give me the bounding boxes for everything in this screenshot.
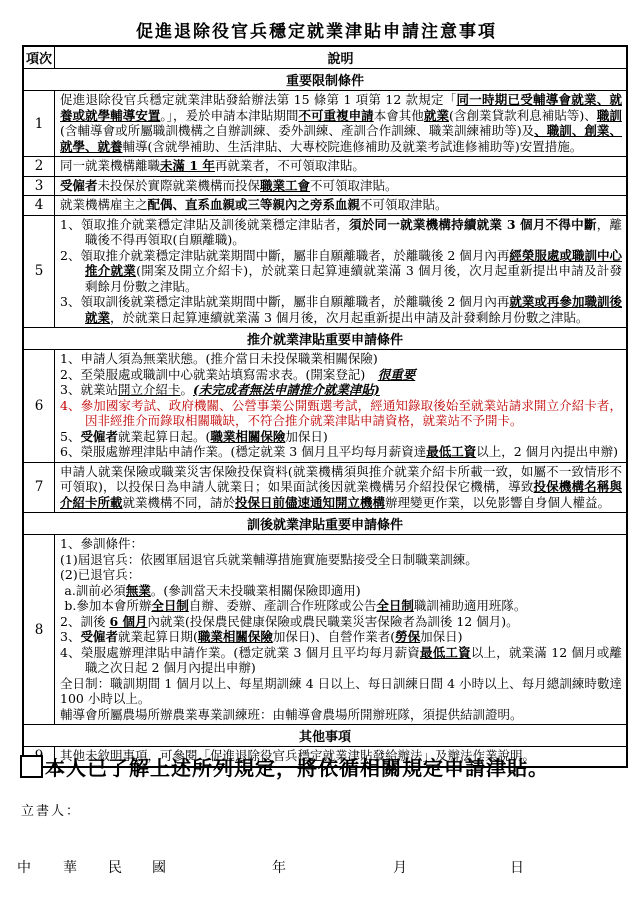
description-block: 受僱者未投保於實際就業機構而投保職業工會不可領取津貼。 [60, 178, 622, 194]
row-description: 就業機構雇主之配偶、直系血親或三等親內之旁系血親不可領取津貼。 [55, 196, 628, 216]
section-row: 其他事項 [23, 725, 627, 747]
description-block: 同一就業機構離職未滿 1 年再就業者，不可領取津貼。 [60, 158, 622, 174]
row-description: 促進退除役官兵穩定就業津貼發給辦法第 15 條第 1 項第 12 款規定「同一時… [55, 91, 628, 157]
day-label: 日 [510, 857, 524, 877]
signer-label: 立書人： [21, 800, 81, 819]
month-label: 月 [393, 857, 407, 877]
row-number: 7 [23, 462, 55, 513]
description-block: 2、領取推介就業穩定津貼就業期間中斷，屬非自願離職者，於離職後 2 個月內再經榮… [60, 248, 622, 295]
description-block: 2、至榮服處或職訓中心就業站填寫需求表。(開案登記) 很重要 [60, 367, 622, 383]
description-block: 3、領取訓後就業穩定津貼就業期間中斷，屬非自願離職者，於離職後 2 個月內再就業… [60, 294, 622, 325]
col-header-item: 項次 [23, 46, 55, 69]
roc-era-char-4: 國 [152, 857, 166, 877]
row-description: 申請人就業保險或職業災害保險投保資料(就業機構須與推介就業介紹卡所載一致，如屬不… [55, 462, 628, 513]
table-row: 2同一就業機構離職未滿 1 年再就業者，不可領取津貼。 [23, 157, 627, 177]
row-number: 4 [23, 196, 55, 216]
acknowledgement-text: 本人已了解上述所列規定，將依循相關規定申請津貼。 [45, 752, 549, 781]
section-title: 重要限制條件 [23, 69, 627, 91]
row-description: 1、領取推介就業穩定津貼及訓後就業穩定津貼者，須於同一就業機構持續就業 3 個月… [55, 215, 628, 328]
description-block: 1、申請人須為無業狀態。(推介當日未投保職業相關保險) [60, 351, 622, 367]
date-line: 中 華 民 國 年 月 日 [0, 857, 633, 877]
description-block: 輔導會所屬農場所辦農業專業訓練班：由輔導會農場所開辦班隊，須提供結訓證明。 [60, 707, 622, 723]
description-block: 1、領取推介就業穩定津貼及訓後就業穩定津貼者，須於同一就業機構持續就業 3 個月… [60, 217, 622, 248]
description-block: a.訓前必須無業。(參訓當天未投職業相關保險即適用) [60, 583, 622, 599]
row-number: 1 [23, 91, 55, 157]
row-description: 同一就業機構離職未滿 1 年再就業者，不可領取津貼。 [55, 157, 628, 177]
page-title: 促進退除役官兵穩定就業津貼申請注意事項 [0, 0, 633, 42]
description-block: 6、榮服處辦理津貼申請作業。(穩定就業 3 個月且平均每月薪資達最低工資以上，2… [60, 444, 622, 460]
table-body: 重要限制條件1促進退除役官兵穩定就業津貼發給辦法第 15 條第 1 項第 12 … [23, 69, 627, 767]
table-header-row: 項次 說明 [23, 46, 627, 69]
description-block: 就業機構雇主之配偶、直系血親或三等親內之旁系血親不可領取津貼。 [60, 197, 622, 213]
document-page: 促進退除役官兵穩定就業津貼申請注意事項 項次 說明 重要限制條件1促進退除役官兵… [0, 0, 633, 919]
description-block: 5、受僱者就業起算日起。(職業相關保險加保日) [60, 429, 622, 445]
description-block: 4、參加國家考試、政府機關、公營事業公開甄選考試，經通知錄取後始至就業站請求開立… [60, 398, 622, 429]
year-label: 年 [272, 857, 286, 877]
roc-era-char-1: 中 [17, 857, 31, 877]
row-number: 6 [23, 350, 55, 463]
description-block: (2)已退官兵： [60, 567, 622, 583]
description-block: 4、榮服處辦理津貼申請作業。(穩定就業 3 個月且平均每月薪資最低工資以上，就業… [60, 645, 622, 676]
row-number: 2 [23, 157, 55, 177]
row-description: 受僱者未投保於實際就業機構而投保職業工會不可領取津貼。 [55, 176, 628, 196]
description-block: 促進退除役官兵穩定就業津貼發給辦法第 15 條第 1 項第 12 款規定「同一時… [60, 92, 622, 154]
description-block: 1、參訓條件： [60, 536, 622, 552]
table-row: 81、參訓條件：(1)屆退官兵：依國軍屆退官兵就業輔導措施實施要點接受全日制職業… [23, 535, 627, 725]
acknowledgement-row: 本人已了解上述所列規定，將依循相關規定申請津貼。 [20, 752, 549, 781]
description-block: 申請人就業保險或職業災害保險投保資料(就業機構須與推介就業介紹卡所載一致，如屬不… [60, 464, 622, 511]
row-description: 1、申請人須為無業狀態。(推介當日未投保職業相關保險)2、至榮服處或職訓中心就業… [55, 350, 628, 463]
description-block: b.參加本會所辦全日制自辦、委辦、產訓合作班隊或公告全日制職訓補助適用班隊。 [60, 598, 622, 614]
table-row: 1促進退除役官兵穩定就業津貼發給辦法第 15 條第 1 項第 12 款規定「同一… [23, 91, 627, 157]
table-row: 3受僱者未投保於實際就業機構而投保職業工會不可領取津貼。 [23, 176, 627, 196]
description-block: (1)屆退官兵：依國軍屆退官兵就業輔導措施實施要點接受全日制職業訓練。 [60, 552, 622, 568]
table-row: 51、領取推介就業穩定津貼及訓後就業穩定津貼者，須於同一就業機構持續就業 3 個… [23, 215, 627, 328]
section-title: 其他事項 [23, 725, 627, 747]
description-block: 3、就業站開立介紹卡。(未完成者無法申請推介就業津貼) [60, 382, 622, 398]
description-block: 全日制：職訓期間 1 個月以上、每星期訓練 4 日以上、每日訓練日間 4 小時以… [60, 676, 622, 707]
section-row: 訓後就業津貼重要申請條件 [23, 513, 627, 535]
table-row: 7申請人就業保險或職業災害保險投保資料(就業機構須與推介就業介紹卡所載一致，如屬… [23, 462, 627, 513]
row-number: 8 [23, 535, 55, 725]
section-title: 推介就業津貼重要申請條件 [23, 328, 627, 350]
row-description: 1、參訓條件：(1)屆退官兵：依國軍屆退官兵就業輔導措施實施要點接受全日制職業訓… [55, 535, 628, 725]
roc-era-char-3: 民 [108, 857, 122, 877]
row-number: 5 [23, 215, 55, 328]
acknowledgement-checkbox[interactable] [20, 755, 43, 778]
section-row: 重要限制條件 [23, 69, 627, 91]
col-header-desc: 說明 [55, 46, 628, 69]
notice-table: 項次 說明 重要限制條件1促進退除役官兵穩定就業津貼發給辦法第 15 條第 1 … [22, 45, 628, 768]
roc-era-char-2: 華 [63, 857, 77, 877]
section-title: 訓後就業津貼重要申請條件 [23, 513, 627, 535]
section-row: 推介就業津貼重要申請條件 [23, 328, 627, 350]
description-block: 3、受僱者就業起算日期(職業相關保險加保日)、自營作業者(勞保加保日) [60, 629, 622, 645]
table-row: 4就業機構雇主之配偶、直系血親或三等親內之旁系血親不可領取津貼。 [23, 196, 627, 216]
table-row: 61、申請人須為無業狀態。(推介當日未投保職業相關保險)2、至榮服處或職訓中心就… [23, 350, 627, 463]
row-number: 3 [23, 176, 55, 196]
description-block: 2、訓後 6 個月內就業(投保農民健康保險或農民職業災害保險者為訓後 12 個月… [60, 614, 622, 630]
